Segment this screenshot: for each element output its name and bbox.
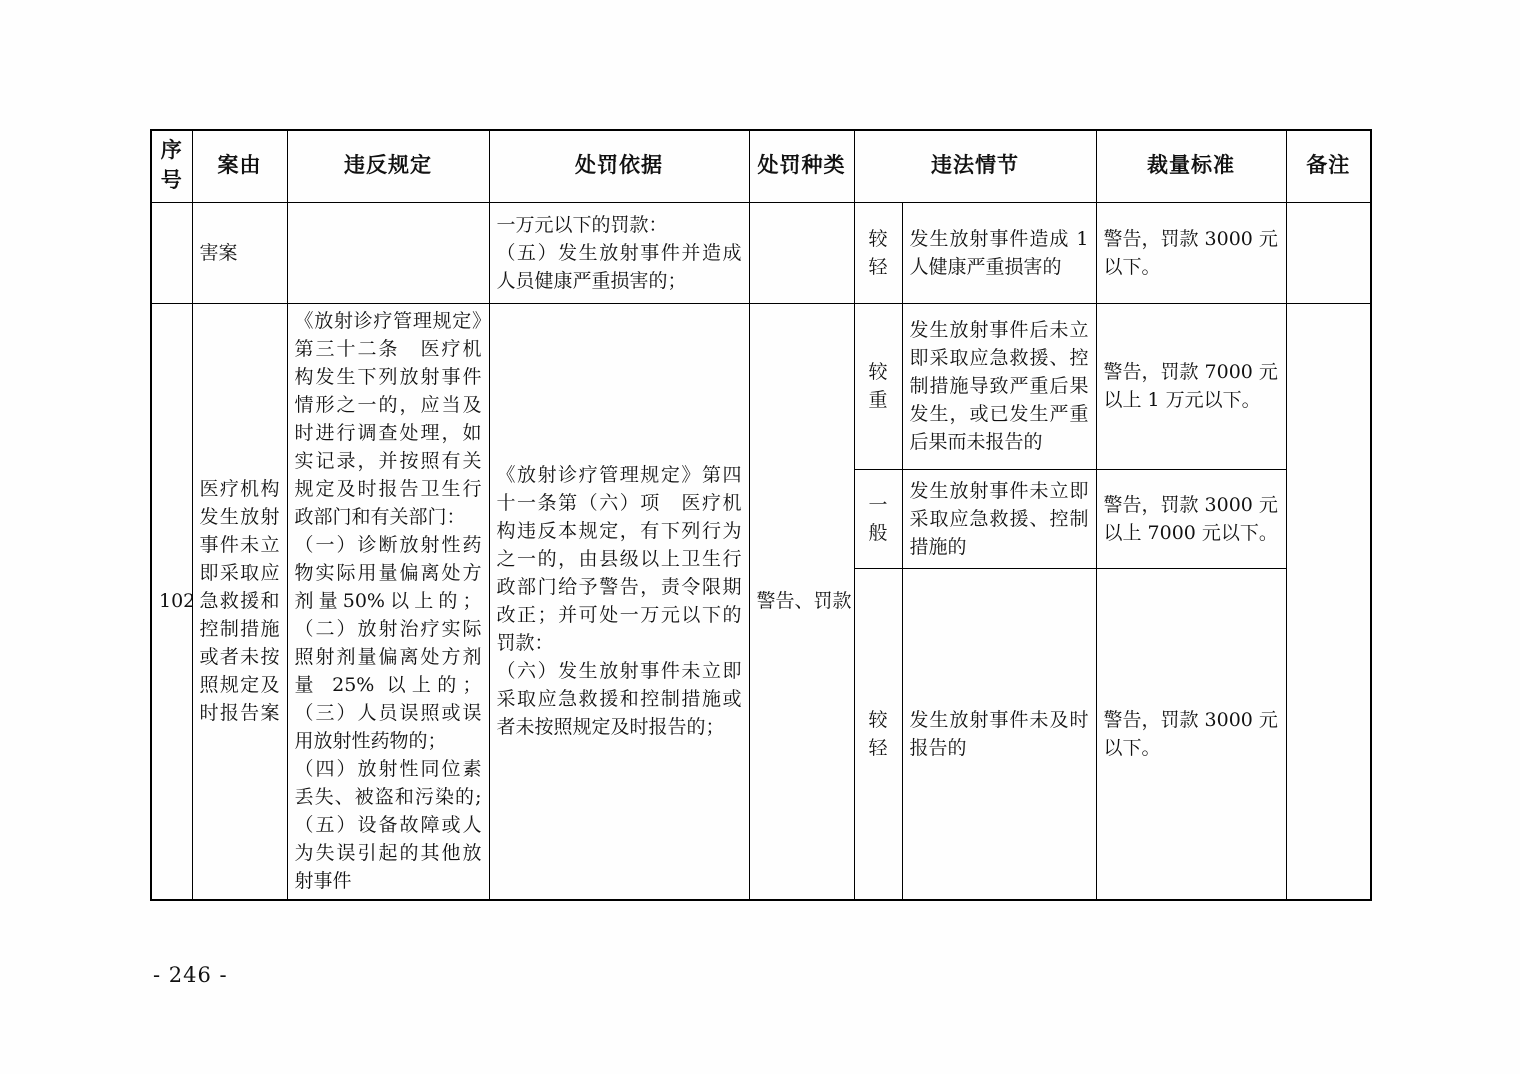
table-header-row: 序 号 案由 违反规定 处罚依据 处罚种类 违法情节 裁量标准 备注 (151, 130, 1371, 202)
carryover-cause-cell: 害案 (192, 202, 287, 303)
header-remark: 备注 (1286, 130, 1371, 202)
tier-severe-label: 较重 (854, 303, 902, 469)
header-violated-provision: 违反规定 (287, 130, 489, 202)
tier-light-label: 较轻 (854, 568, 902, 900)
carryover-standard-cell: 警告，罚款 3000 元以下。 (1096, 202, 1286, 303)
carryover-severity-cell: 较轻 (854, 202, 902, 303)
document-page: 序 号 案由 违反规定 处罚依据 处罚种类 违法情节 裁量标准 备注 害案 一万… (0, 0, 1520, 1074)
carryover-violated-provision-cell (287, 202, 489, 303)
carryover-row: 害案 一万元以下的罚款： （五）发生放射事件并造成人员健康严重损害的； 较轻 发… (151, 202, 1371, 303)
header-penalty-basis: 处罚依据 (489, 130, 749, 202)
row-102-tier-severe: 102 医疗机构发生放射事件未立即采取应急救援和控制措施或者未按照规定及时报告案… (151, 303, 1371, 469)
page-number: - 246 - (153, 963, 228, 987)
header-penalty-type: 处罚种类 (749, 130, 854, 202)
tier-light-circumstance: 发生放射事件未及时报告的 (902, 568, 1096, 900)
header-illegal-circumstance: 违法情节 (854, 130, 1096, 202)
carryover-serial-cell (151, 202, 192, 303)
header-serial-number: 序 号 (151, 130, 192, 202)
tier-severe-circumstance: 发生放射事件后未立即采取应急救援、控制措施导致严重后果发生，或已发生严重后果而未… (902, 303, 1096, 469)
penalty-basis-cell: 《放射诊疗管理规定》第四十一条第（六）项 医疗机构违反本规定，有下列行为之一的，… (489, 303, 749, 900)
penalty-type-cell: 警告、罚款 (749, 303, 854, 900)
tier-general-standard: 警告，罚款 3000 元以上 7000 元以下。 (1096, 469, 1286, 568)
carryover-circumstance-cell: 发生放射事件造成 1 人健康严重损害的 (902, 202, 1096, 303)
header-cause: 案由 (192, 130, 287, 202)
serial-number-cell: 102 (151, 303, 192, 900)
carryover-penalty-basis-cell: 一万元以下的罚款： （五）发生放射事件并造成人员健康严重损害的； (489, 202, 749, 303)
header-discretion-standard: 裁量标准 (1096, 130, 1286, 202)
tier-general-circumstance: 发生放射事件未立即采取应急救援、控制措施的 (902, 469, 1096, 568)
penalty-discretion-table: 序 号 案由 违反规定 处罚依据 处罚种类 违法情节 裁量标准 备注 害案 一万… (150, 129, 1372, 901)
remark-cell (1286, 303, 1371, 900)
carryover-remark-cell (1286, 202, 1371, 303)
tier-general-label: 一般 (854, 469, 902, 568)
violated-provision-cell: 《放射诊疗管理规定》第三十二条 医疗机构发生下列放射事件情形之一的，应当及时进行… (287, 303, 489, 900)
tier-severe-standard: 警告，罚款 7000 元以上 1 万元以下。 (1096, 303, 1286, 469)
cause-cell: 医疗机构发生放射事件未立即采取应急救援和控制措施或者未按照规定及时报告案 (192, 303, 287, 900)
tier-light-standard: 警告，罚款 3000 元以下。 (1096, 568, 1286, 900)
carryover-penalty-type-cell (749, 202, 854, 303)
